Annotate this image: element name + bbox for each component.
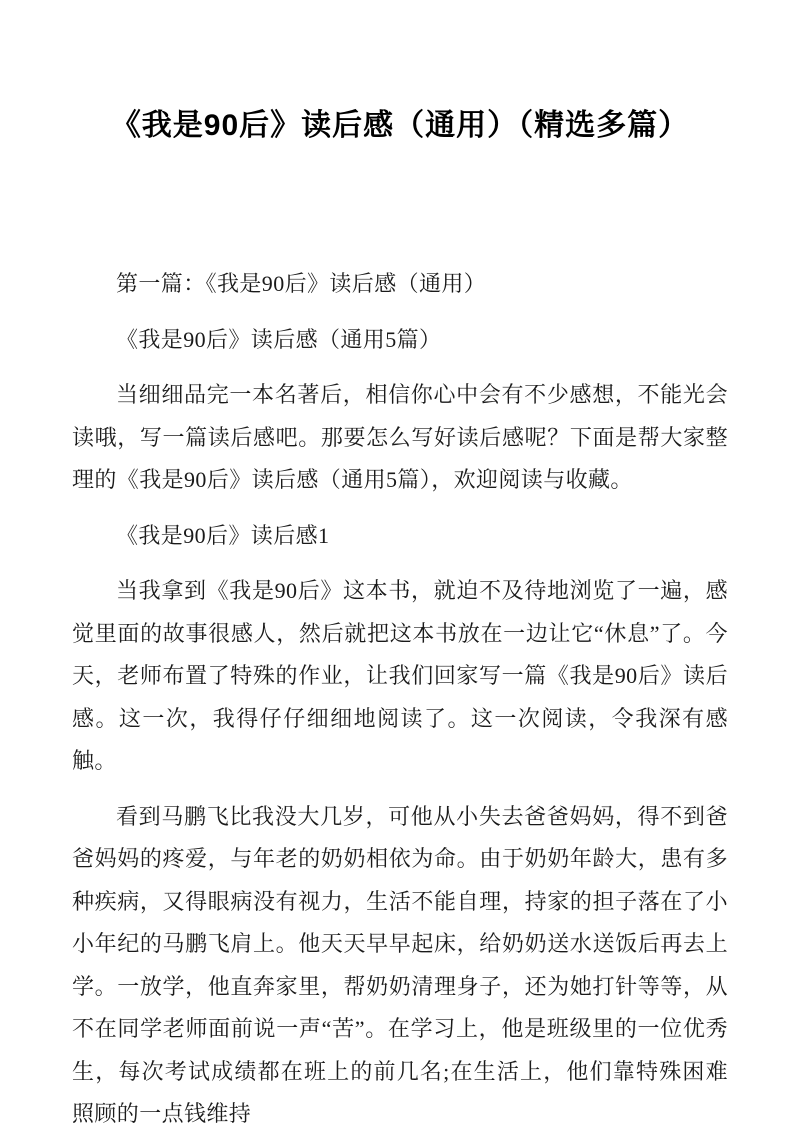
review-1-paragraph-2: 看到马鹏飞比我没大几岁，可他从小失去爸爸妈妈，得不到爸爸妈妈的疼爱，与年老的奶奶… [72, 796, 728, 1132]
review-1-paragraph-1: 当我拿到《我是90后》这本书，就迫不及待地浏览了一遍，感觉里面的故事很感人，然后… [72, 570, 728, 783]
intro-paragraph: 当细细品完一本名著后，相信你心中会有不少感想，不能光会读哦，写一篇读后感吧。那要… [72, 374, 728, 502]
section-heading-first-article: 第一篇：《我是90后》读后感（通用） [72, 263, 728, 306]
document-title: 《我是90后》读后感（通用）（精选多篇） [72, 104, 728, 148]
review-1-heading: 《我是90后》读后感1 [72, 515, 728, 558]
document-page: 《我是90后》读后感（通用）（精选多篇） 第一篇：《我是90后》读后感（通用） … [0, 0, 800, 1132]
section-subheading: 《我是90后》读后感（通用5篇） [72, 319, 728, 362]
